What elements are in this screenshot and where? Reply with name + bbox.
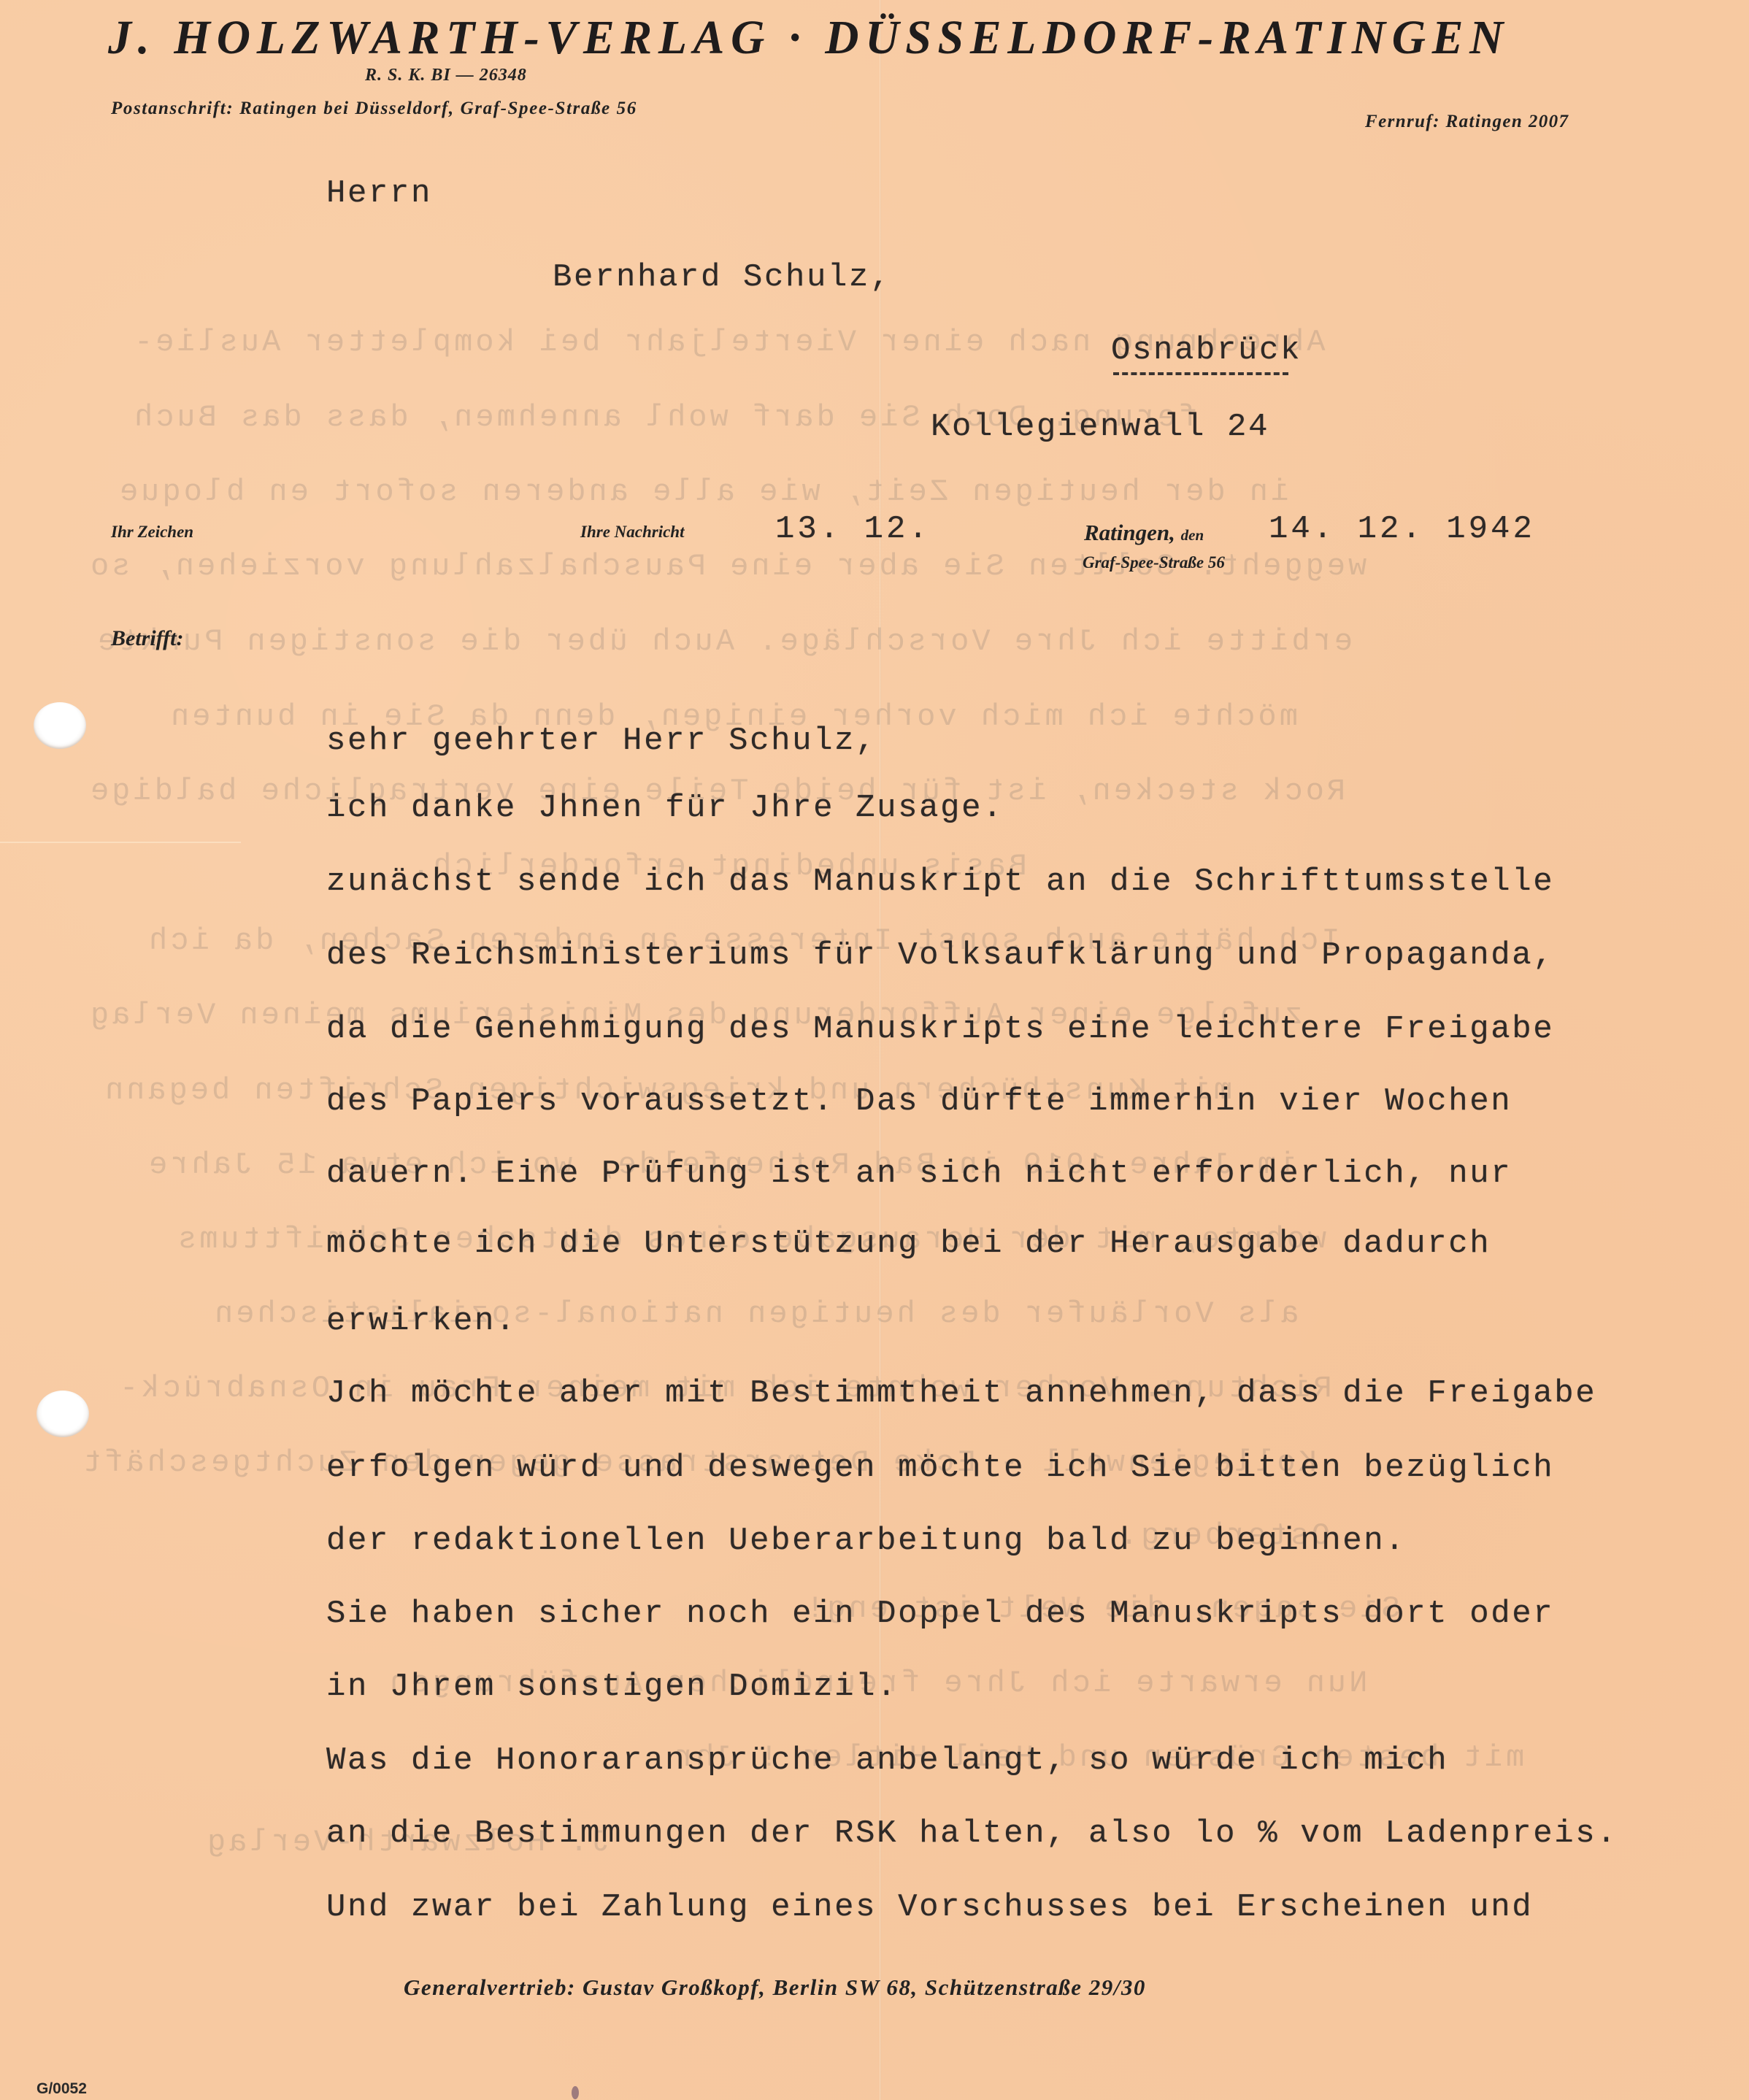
ghost-line: erbitte ich Jhre Vorschläge. Auch über d… xyxy=(95,624,1353,659)
recipient-city: Osnabrück xyxy=(1111,332,1302,369)
publisher-name: J. HOLZWARTH-VERLAG · DÜSSELDORF-RATINGE… xyxy=(108,10,1510,66)
body-line: Und zwar bei Zahlung eines Vorschusses b… xyxy=(326,1889,1533,1926)
betrifft-label: Betrifft: xyxy=(111,626,183,651)
ghost-line: in der heutigen Zeit, wie alle anderen s… xyxy=(117,474,1289,509)
body-line: der redaktionellen Ueberarbeitung bald z… xyxy=(326,1523,1406,1559)
horizontal-fold-crease xyxy=(0,842,241,843)
body-line: möchte ich die Unterstützung bei der Her… xyxy=(326,1226,1491,1262)
body-line: in Jhrem sonstigen Domizil. xyxy=(326,1669,898,1705)
letter-paper xyxy=(0,0,1749,2100)
pencil-mark xyxy=(572,2086,579,2099)
rsk-number: R. S. K. BI — 26348 xyxy=(365,66,527,85)
ihr-zeichen-label: Ihr Zeichen xyxy=(111,523,193,542)
city-underline xyxy=(1113,372,1288,375)
body-line: Was die Honoraransprüche anbelangt, so w… xyxy=(326,1742,1448,1779)
punch-hole-bottom xyxy=(36,1391,89,1437)
body-line: zunächst sende ich das Manuskript an die… xyxy=(326,864,1554,900)
general-distribution: Generalvertrieb: Gustav Großkopf, Berlin… xyxy=(404,1974,1146,2001)
sender-street: Graf-Spee-Straße 56 xyxy=(1083,553,1225,572)
letter-date: 14. 12. 1942 xyxy=(1269,511,1535,547)
den-label: den xyxy=(1181,526,1204,544)
body-line: sehr geehrter Herr Schulz, xyxy=(326,723,877,759)
body-line: ich danke Jhnen für Jhre Zusage. xyxy=(326,790,1004,826)
archive-id: G/0052 xyxy=(36,2080,87,2098)
ihre-nachricht-label: Ihre Nachricht xyxy=(580,523,685,542)
recipient-salutation-line: Herrn xyxy=(326,175,432,212)
body-line: dauern. Eine Prüfung ist an sich nicht e… xyxy=(326,1155,1512,1192)
telephone: Fernruf: Ratingen 2007 xyxy=(1365,112,1569,132)
postal-address: Postanschrift: Ratingen bei Düsseldorf, … xyxy=(111,99,637,119)
body-line: Jch möchte aber mit Bestimmtheit annehme… xyxy=(326,1375,1596,1412)
body-line: erwirken. xyxy=(326,1303,517,1339)
body-line: Sie haben sicher noch ein Doppel des Man… xyxy=(326,1596,1554,1632)
body-line: des Reichsministeriums für Volksaufkläru… xyxy=(326,937,1554,974)
vertical-fold-crease xyxy=(880,0,881,2100)
ratingen-label: Ratingen, xyxy=(1084,520,1175,545)
body-line: des Papiers voraussetzt. Das dürfte imme… xyxy=(326,1083,1512,1120)
place-date-label: Ratingen, den xyxy=(1084,520,1204,546)
recipient-street: Kollegienwall 24 xyxy=(931,409,1269,445)
body-line: da die Genehmigung des Manuskripts eine … xyxy=(326,1011,1554,1047)
ihre-nachricht-value: 13. 12. xyxy=(775,511,931,547)
body-line: an die Bestimmungen der RSK halten, also… xyxy=(326,1815,1618,1852)
punch-hole-top xyxy=(34,702,86,749)
recipient-name: Bernhard Schulz, xyxy=(553,259,891,296)
body-line: erfolgen würd und deswegen möchte ich Si… xyxy=(326,1450,1554,1486)
